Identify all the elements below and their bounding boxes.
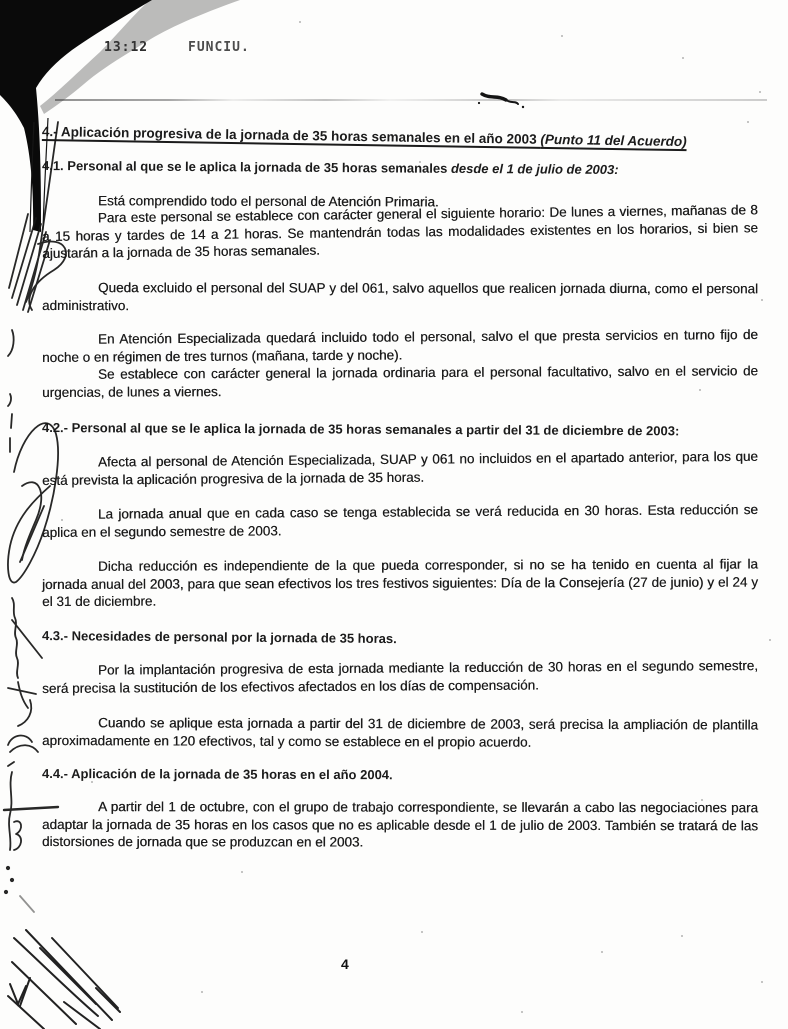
section-4-title: 4.- Aplicación progresiva de la jornada … bbox=[42, 122, 758, 152]
section-4-4-heading: 4.4.- Aplicación de la jornada de 35 hor… bbox=[42, 765, 758, 785]
paragraph: Dicha reducción es independiente de la q… bbox=[42, 556, 758, 611]
paragraph: Cuando se aplique esta jornada a partir … bbox=[42, 714, 758, 751]
paragraph: La jornada anual que en cada caso se ten… bbox=[42, 501, 758, 541]
section-4-2-heading: 4.2.- Personal al que se le aplica la jo… bbox=[42, 419, 758, 441]
paragraph: A partir del 1 de octubre, con el grupo … bbox=[42, 798, 758, 852]
scanned-document-page: 3 13:12 FUNCIU. 4.- Aplicación progresiv… bbox=[0, 0, 788, 1029]
section-4-title-emphasis: (Punto 11 del Acuerdo) bbox=[540, 132, 686, 149]
fax-code: 3 bbox=[58, 40, 67, 55]
page-number: 4 bbox=[341, 956, 349, 972]
paragraph: Por la implantación progresiva de esta j… bbox=[42, 657, 758, 697]
paragraph: Se establece con carácter general la jor… bbox=[42, 362, 758, 401]
paragraph: Para este personal se establece con cará… bbox=[42, 201, 759, 262]
paragraph: Afecta al personal de Atención Especiali… bbox=[42, 448, 758, 489]
paragraph: Queda excluido el personal del SUAP y de… bbox=[42, 279, 758, 315]
fax-sender: FUNCIU. bbox=[188, 40, 250, 55]
hatch-marks-icon bbox=[8, 930, 120, 1029]
ink-smudge-icon bbox=[478, 94, 524, 108]
document-body: 4.- Aplicación progresiva de la jornada … bbox=[42, 122, 758, 850]
paragraph: En Atención Especializada quedará inclui… bbox=[42, 326, 758, 366]
section-4-1-heading: 4.1. Personal al que se le aplica la jor… bbox=[42, 157, 758, 180]
faint-separator-line bbox=[55, 99, 767, 101]
fax-time: 13:12 bbox=[104, 40, 148, 55]
section-4-title-text: 4.- Aplicación progresiva de la jornada … bbox=[42, 124, 541, 147]
section-4-3-heading: 4.3.- Necesidades de personal por la jor… bbox=[42, 627, 758, 651]
